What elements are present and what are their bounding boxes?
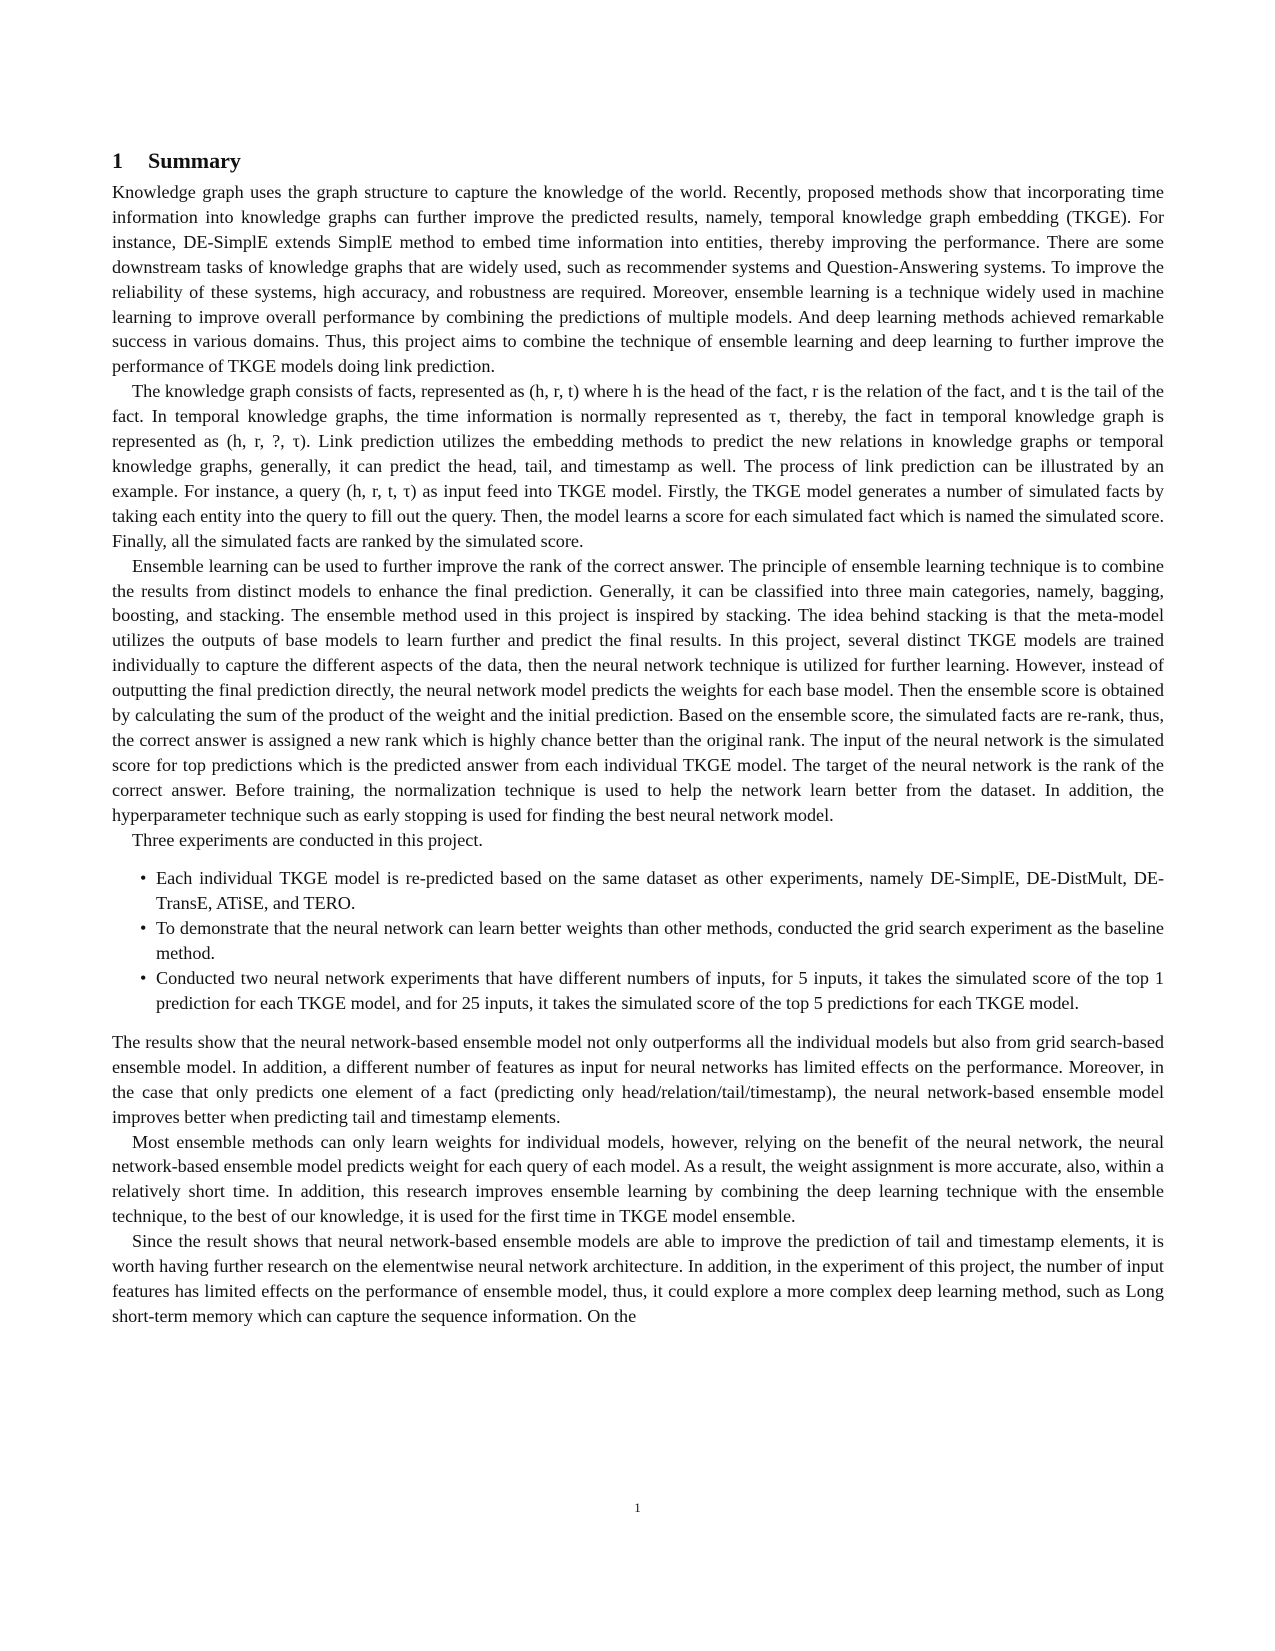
paragraph-future-work: Since the result shows that neural netwo…	[112, 1229, 1164, 1329]
paragraph-contribution: Most ensemble methods can only learn wei…	[112, 1130, 1164, 1230]
list-item: To demonstrate that the neural network c…	[156, 916, 1164, 966]
list-item: Conducted two neural network experiments…	[156, 966, 1164, 1016]
experiments-list: Each individual TKGE model is re-predict…	[112, 866, 1164, 1015]
paragraph-ensemble-learning: Ensemble learning can be used to further…	[112, 554, 1164, 828]
list-item: Each individual TKGE model is re-predict…	[156, 866, 1164, 916]
paragraph-results: The results show that the neural network…	[112, 1030, 1164, 1130]
section-title: Summary	[148, 148, 241, 173]
section-heading: 1Summary	[112, 146, 1164, 176]
paragraph-knowledge-graph: The knowledge graph consists of facts, r…	[112, 379, 1164, 553]
page-number: 1	[0, 1500, 1275, 1516]
paragraph-intro: Knowledge graph uses the graph structure…	[112, 180, 1164, 379]
page-body: 1Summary Knowledge graph uses the graph …	[112, 146, 1164, 1329]
paragraph-experiments-intro: Three experiments are conducted in this …	[112, 828, 1164, 853]
section-number: 1	[112, 146, 148, 176]
